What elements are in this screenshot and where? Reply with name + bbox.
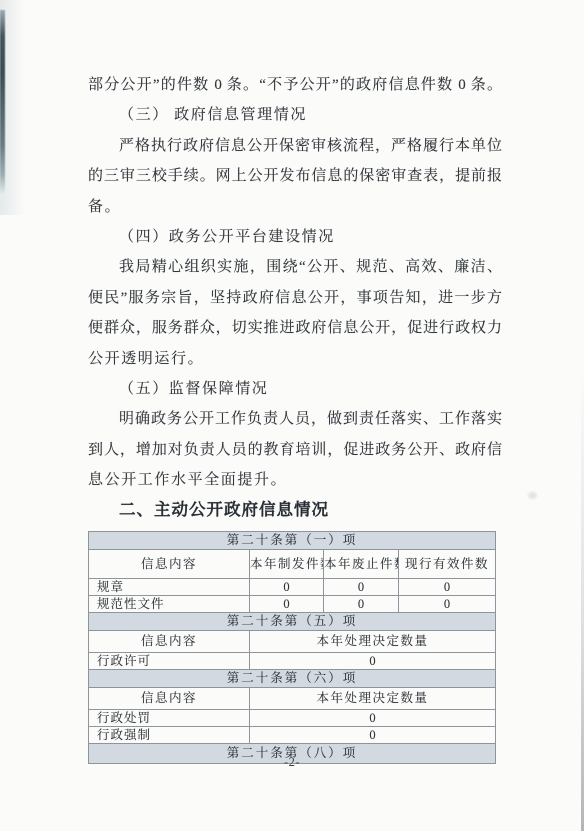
table-cell: 0: [399, 596, 496, 613]
table-header-cell: 本年处理决定数量: [250, 688, 496, 710]
table-band-cell: 第二十条第（六）项: [89, 670, 496, 688]
table-header-cell: 信息内容: [89, 688, 250, 710]
table-band-cell: 第二十条第（一）项: [89, 532, 496, 550]
section-3-heading: （三） 政府信息管理情况: [88, 100, 502, 130]
document-page: 部分公开”的件数 0 条。“不予公开”的政府信息件数 0 条。 （三） 政府信息…: [0, 0, 584, 831]
body-line: 公开透明运行。: [88, 344, 502, 374]
body-line: 部分公开”的件数 0 条。“不予公开”的政府信息件数 0 条。: [88, 70, 502, 100]
table-header-cell: 本年制发件数: [250, 550, 324, 579]
scan-smudge-artifact: [528, 492, 537, 499]
table-header-cell: 信息内容: [89, 631, 250, 653]
table-cell: 行政许可: [89, 653, 250, 670]
body-line: 明确政务公开工作负责人员，做到责任落实、工作落实: [88, 404, 502, 434]
table-cell: 0: [250, 727, 496, 744]
table-cell: 0: [250, 579, 324, 596]
table-header-cell: 本年处理决定数量: [250, 631, 496, 653]
table-cell: 行政处罚: [89, 710, 250, 727]
section-5-heading: （五）监督保障情况: [88, 374, 502, 404]
body-text-block: 部分公开”的件数 0 条。“不予公开”的政府信息件数 0 条。 （三） 政府信息…: [88, 70, 502, 526]
table-header-cell: 本年废止件数: [324, 550, 399, 579]
body-line: 到人，增加对负责人员的教育培训，促进政务公开、政府信: [88, 435, 502, 465]
table-cell: 行政强制: [89, 727, 250, 744]
body-line: 便民”服务宗旨，坚持政府信息公开，事项告知，进一步方: [88, 283, 502, 313]
table-cell: 0: [250, 653, 496, 670]
body-line: 便群众，服务群众，切实推进政府信息公开，促进行政权力: [88, 313, 502, 343]
table-cell: 0: [399, 579, 496, 596]
body-line: 备。: [88, 192, 502, 222]
table-cell: 规范性文件: [89, 596, 250, 613]
table-cell: 0: [250, 710, 496, 727]
table-cell: 0: [250, 596, 324, 613]
table-cell: 0: [324, 579, 399, 596]
page-number: -2-: [0, 755, 584, 770]
body-line: 的三审三校手续。网上公开发布信息的保密审查表，提前报: [88, 161, 502, 191]
body-line: 息公开工作水平全面提升。: [88, 465, 502, 495]
table-header-cell: 现行有效件数: [399, 550, 496, 579]
table-cell: 规章: [89, 579, 250, 596]
section-2-heading: 二、主动公开政府信息情况: [88, 495, 502, 525]
disclosure-table: 第二十条第（一）项 信息内容 本年制发件数 本年废止件数 现行有效件数 规章 0…: [88, 531, 496, 764]
table-header-cell: 信息内容: [89, 550, 250, 579]
table-band-cell: 第二十条第（五）项: [89, 613, 496, 631]
body-line: 严格执行政府信息公开保密审核流程，严格履行本单位: [88, 131, 502, 161]
body-line: 我局精心组织实施，围绕“公开、规范、高效、廉洁、: [88, 252, 502, 282]
table-cell: 0: [324, 596, 399, 613]
scan-edge-artifact: [0, 10, 5, 194]
section-4-heading: （四）政务公开平台建设情况: [88, 222, 502, 252]
